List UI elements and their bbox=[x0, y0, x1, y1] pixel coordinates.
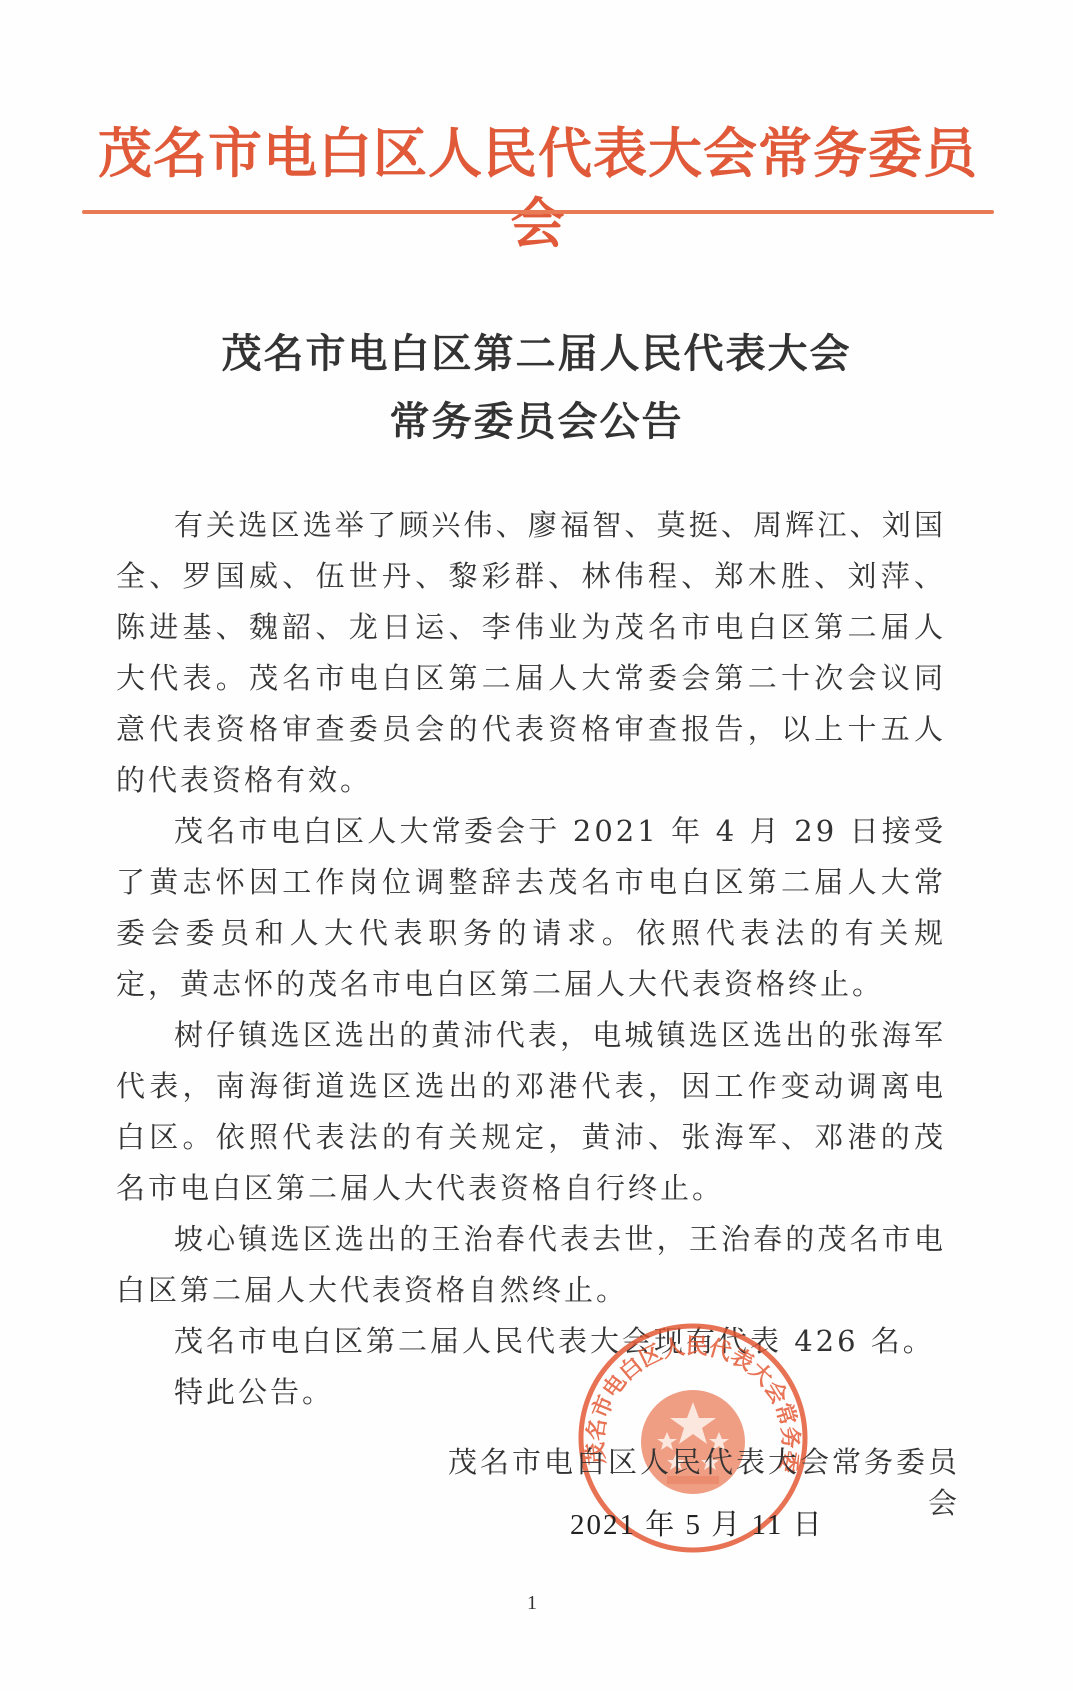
paragraph-relocation-termination: 树仔镇选区选出的黄沛代表，电城镇选区选出的张海军代表，南海街道选区选出的邓港代表… bbox=[116, 1010, 946, 1214]
paragraph-resignation: 茂名市电白区人大常委会于 2021 年 4 月 29 日接受了黄志怀因工作岗位调… bbox=[116, 806, 946, 1010]
paragraph-deceased-termination: 坡心镇选区选出的王治春代表去世，王治春的茂名市电白区第二届人大代表资格自然终止。 bbox=[116, 1214, 946, 1316]
signature-date: 2021 年 5 月 11 日 bbox=[570, 1502, 824, 1543]
paragraph-current-count: 茂名市电白区第二届人民代表大会现有代表 426 名。 bbox=[116, 1316, 946, 1367]
letterhead-title: 茂名市电白区人民代表大会常务委员会 bbox=[88, 118, 988, 258]
letterhead-red-rule bbox=[82, 210, 994, 214]
paragraph-elected-deputies: 有关选区选举了顾兴伟、廖福智、莫挺、周辉江、刘国全、罗国威、伍世丹、黎彩群、林伟… bbox=[116, 500, 946, 806]
document-body: 有关选区选举了顾兴伟、廖福智、莫挺、周辉江、刘国全、罗国威、伍世丹、黎彩群、林伟… bbox=[116, 500, 946, 1418]
document-title-line-1: 茂名市电白区第二届人民代表大会 bbox=[0, 322, 1073, 379]
document-page: 茂名市电白区人民代表大会常务委员会 茂名市电白区第二届人民代表大会 常务委员会公… bbox=[0, 0, 1073, 1691]
paragraph-closing: 特此公告。 bbox=[116, 1367, 946, 1418]
page-number: 1 bbox=[527, 1592, 537, 1615]
document-title-line-2: 常务委员会公告 bbox=[0, 390, 1073, 447]
